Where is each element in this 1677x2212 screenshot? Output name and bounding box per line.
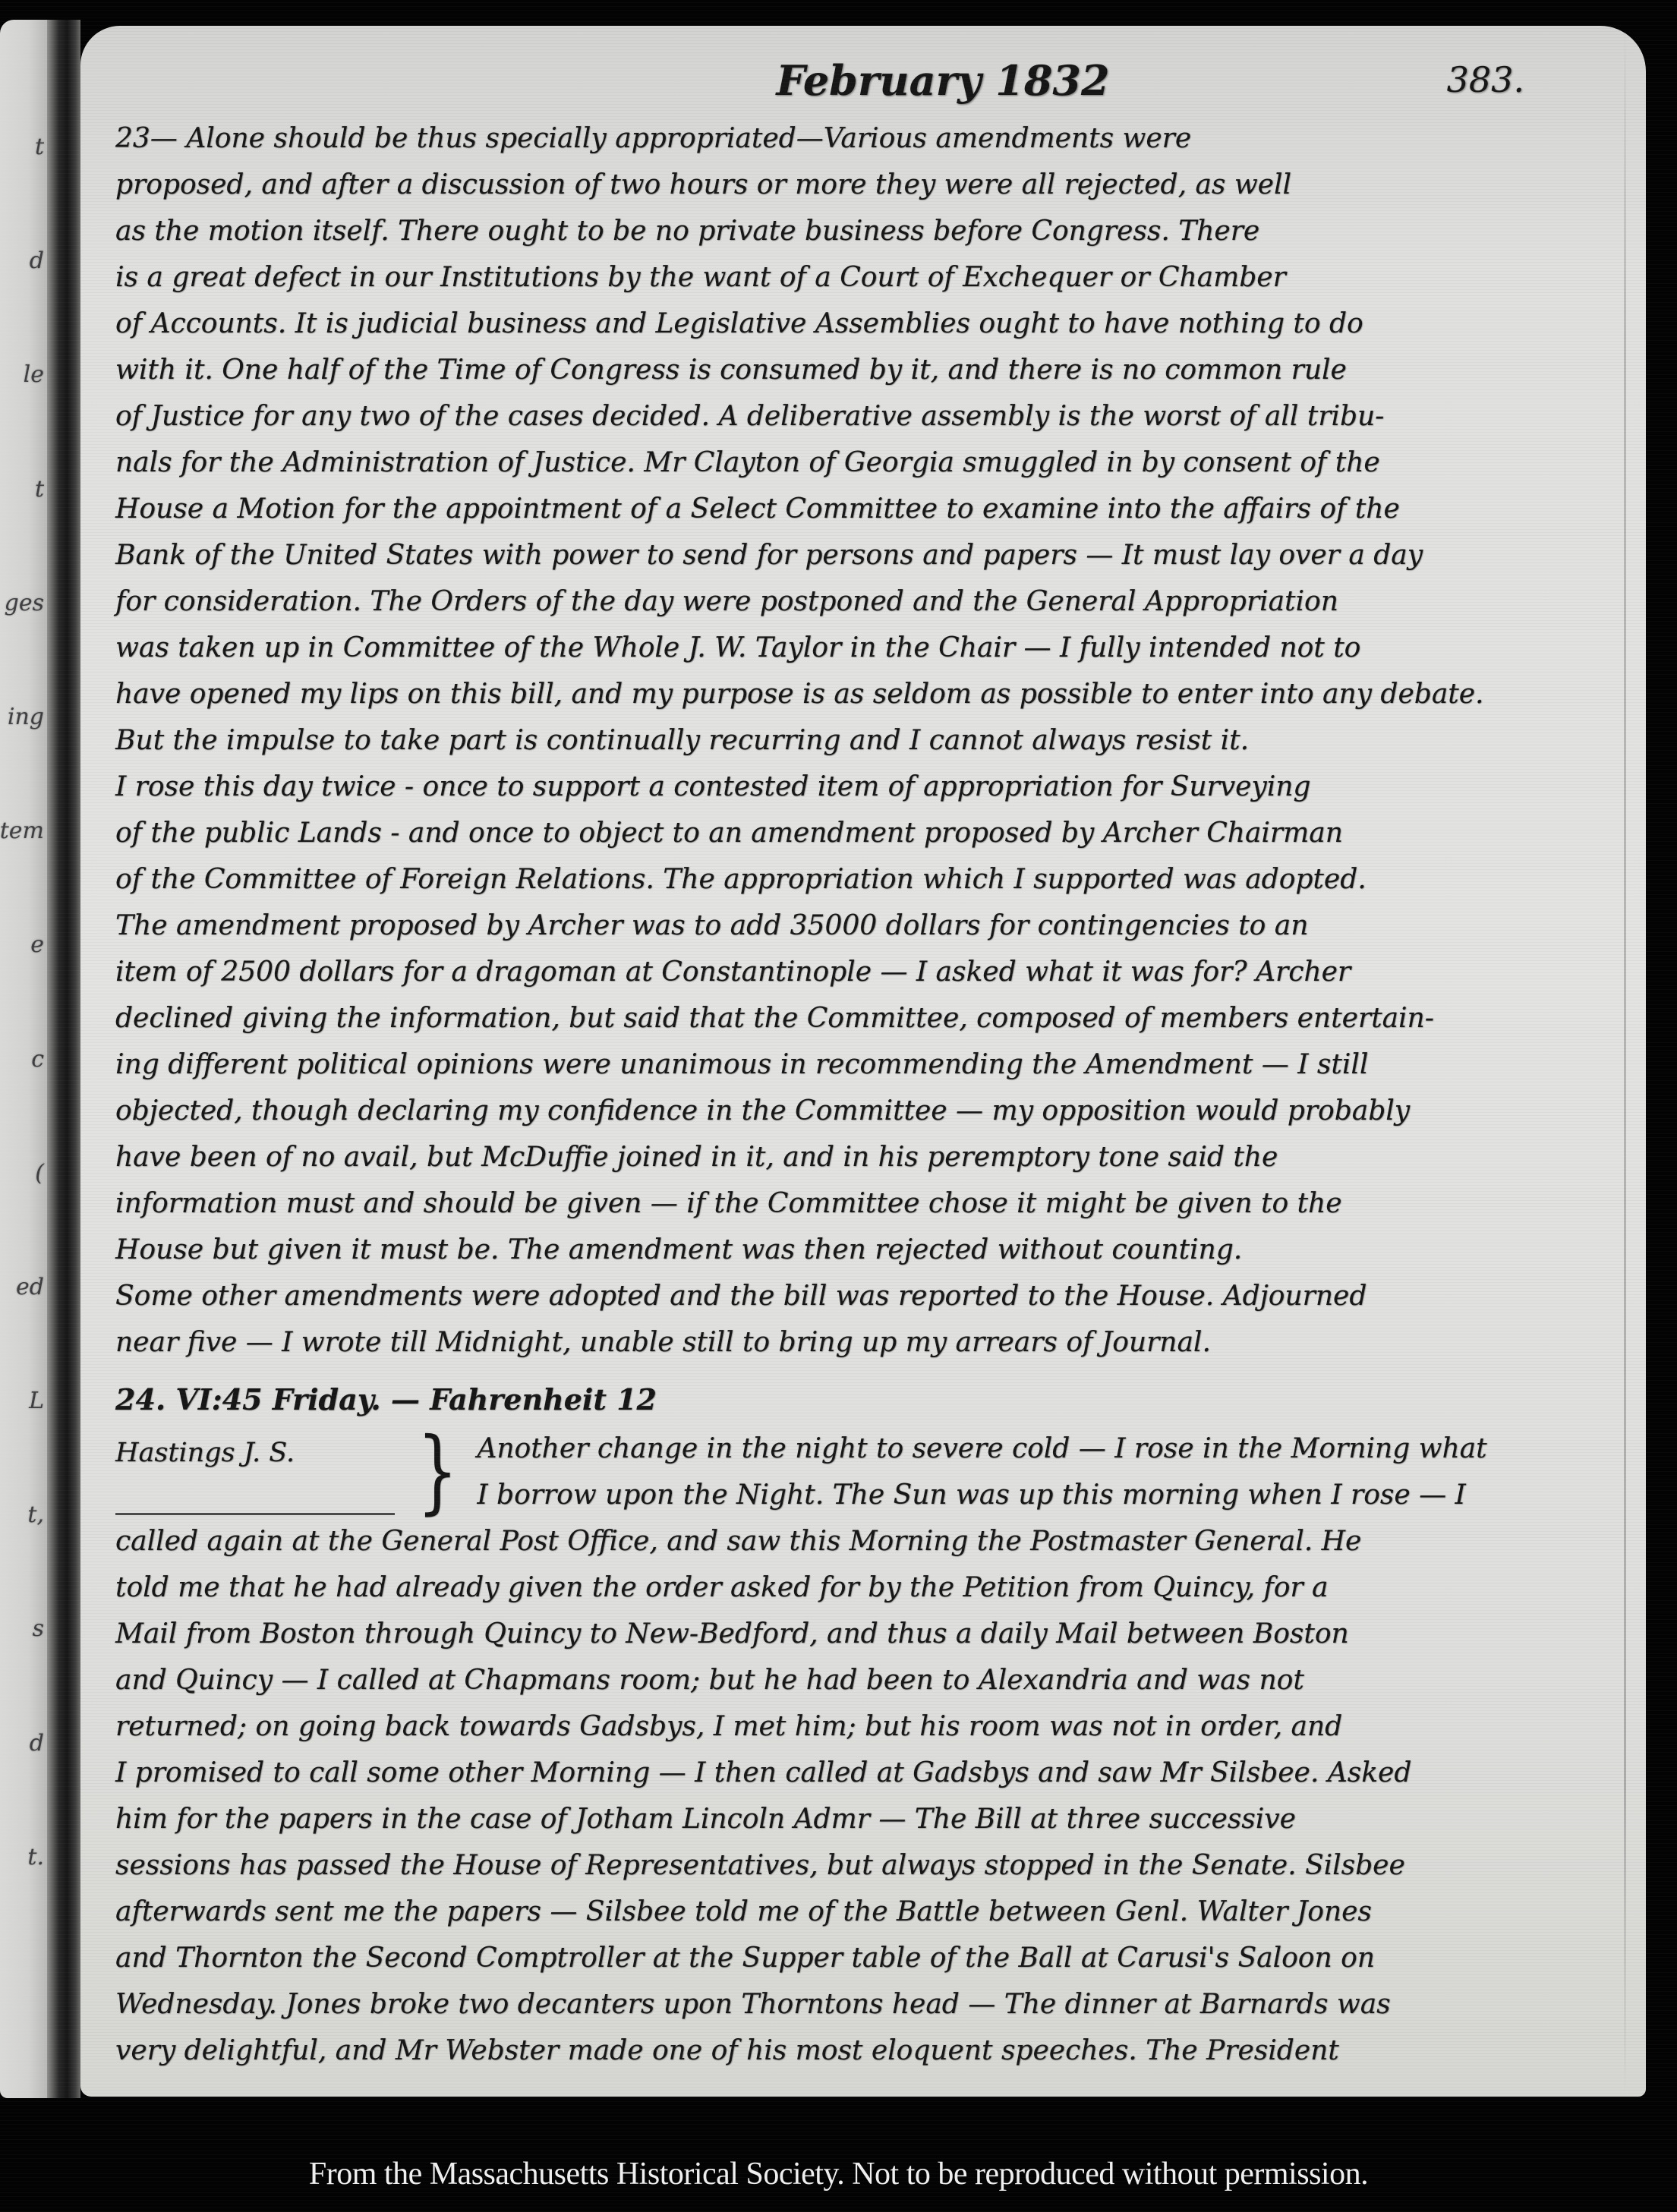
facing-page-text-fragment: d <box>30 247 44 274</box>
facing-page-text-fragment: t <box>35 476 44 503</box>
entry-24-heading: 24. VI:45 Friday. — Fahrenheit 12 <box>115 1366 1616 1426</box>
manuscript-line: sessions has passed the House of Represe… <box>115 1842 1616 1889</box>
facing-page-fragments: tdletgesingtemec(edLt,sdt. <box>0 134 44 1870</box>
facing-page-text-fragment: L <box>29 1388 44 1414</box>
entry-24-lines: called again at the General Post Office,… <box>115 1518 1616 2074</box>
manuscript-line: of the Committee of Foreign Relations. T… <box>115 856 1616 903</box>
manuscript-line: Wednesday. Jones broke two decanters upo… <box>115 1981 1616 2028</box>
manuscript-line: called again at the General Post Office,… <box>115 1518 1616 1564</box>
manuscript-line: Mail from Boston through Quincy to New-B… <box>115 1611 1616 1657</box>
facing-page-text-fragment: d <box>30 1730 44 1757</box>
manuscript-line: and Thornton the Second Comptroller at t… <box>115 1935 1616 1981</box>
manuscript-line: him for the papers in the case of Jotham… <box>115 1796 1616 1842</box>
brace-glyph: } <box>417 1426 457 1518</box>
manuscript-line: have opened my lips on this bill, and my… <box>115 671 1616 717</box>
facing-page-sliver: tdletgesingtemec(edLt,sdt. <box>0 20 47 2098</box>
manuscript-line: I rose this day twice - once to support … <box>115 764 1616 810</box>
manuscript-line: The amendment proposed by Archer was to … <box>115 903 1616 949</box>
manuscript-line: have been of no avail, but McDuffie join… <box>115 1134 1616 1180</box>
facing-page-text-fragment: ing <box>8 704 44 730</box>
manuscript-line: Another change in the night to severe co… <box>477 1426 1486 1472</box>
manuscript-line: Bank of the United States with power to … <box>115 532 1616 578</box>
manuscript-line: of the public Lands - and once to object… <box>115 810 1616 856</box>
facing-page-text-fragment: tem <box>0 818 44 844</box>
manuscript-line: very delightful, and Mr Webster made one… <box>115 2028 1616 2074</box>
facing-page-text-fragment: ed <box>16 1274 44 1300</box>
facing-page-text-fragment: e <box>30 931 44 958</box>
manuscript-line: I borrow upon the Night. The Sun was up … <box>477 1472 1486 1518</box>
manuscript-line: I promised to call some other Morning — … <box>115 1750 1616 1796</box>
facing-page-text-fragment: s <box>33 1615 44 1642</box>
facing-page-text-fragment: ges <box>5 590 44 616</box>
manuscript-line: returned; on going back towards Gadsbys,… <box>115 1703 1616 1750</box>
margin-note-column: Hastings J. S. <box>115 1426 408 1515</box>
manuscript-line: of Accounts. It is judicial business and… <box>115 301 1616 347</box>
manuscript-line: 23— Alone should be thus specially appro… <box>115 115 1616 162</box>
manuscript-scan: tdletgesingtemec(edLt,sdt. February 1832… <box>0 0 1677 2212</box>
facing-page-text-fragment: le <box>24 361 44 388</box>
manuscript-line: proposed, and after a discussion of two … <box>115 162 1616 208</box>
manuscript-line: House a Motion for the appointment of a … <box>115 486 1616 532</box>
facing-page-text-fragment: t, <box>27 1501 44 1528</box>
manuscript-line: House but given it must be. The amendmen… <box>115 1227 1616 1273</box>
manuscript-line: near five — I wrote till Midnight, unabl… <box>115 1319 1616 1366</box>
manuscript-line: nals for the Administration of Justice. … <box>115 440 1616 486</box>
entry-24-opening: Hastings J. S. } Another change in the n… <box>115 1426 1616 1518</box>
facing-page-text-fragment: ( <box>35 1160 44 1186</box>
manuscript-line: and Quincy — I called at Chapmans room; … <box>115 1657 1616 1703</box>
manuscript-line: was taken up in Committee of the Whole J… <box>115 625 1616 671</box>
binding-gutter <box>47 20 80 2098</box>
entry-24-braced-lines: Another change in the night to severe co… <box>466 1426 1486 1518</box>
entry-23-lines: 23— Alone should be thus specially appro… <box>115 115 1616 1366</box>
manuscript-line: declined giving the information, but sai… <box>115 995 1616 1041</box>
manuscript-line: with it. One half of the Time of Congres… <box>115 347 1616 393</box>
manuscript-line: objected, though declaring my confidence… <box>115 1088 1616 1134</box>
facing-page-text-fragment: c <box>31 1046 44 1073</box>
manuscript-line: Some other amendments were adopted and t… <box>115 1273 1616 1319</box>
archive-caption: From the Massachusetts Historical Societ… <box>0 2156 1677 2192</box>
manuscript-line: But the impulse to take part is continua… <box>115 717 1616 764</box>
manuscript-line: as the motion itself. There ought to be … <box>115 208 1616 254</box>
manuscript-line: ing different political opinions were un… <box>115 1041 1616 1088</box>
manuscript-line: is a great defect in our Institutions by… <box>115 254 1616 301</box>
manuscript-line: afterwards sent me the papers — Silsbee … <box>115 1889 1616 1935</box>
manuscript-line: told me that he had already given the or… <box>115 1564 1616 1611</box>
manuscript-line: information must and should be given — i… <box>115 1180 1616 1227</box>
manuscript-line: item of 2500 dollars for a dragoman at C… <box>115 949 1616 995</box>
manuscript-line: of Justice for any two of the cases deci… <box>115 393 1616 440</box>
facing-page-text-fragment: t <box>35 134 44 160</box>
manuscript-line: for consideration. The Orders of the day… <box>115 578 1616 625</box>
manuscript-page: February 1832 383. 23— Alone should be t… <box>80 26 1646 2097</box>
manuscript-body: 23— Alone should be thus specially appro… <box>115 115 1616 2074</box>
facing-page-text-fragment: t. <box>27 1844 44 1870</box>
page-number: 383. <box>1447 59 1524 100</box>
page-fold-line <box>1624 26 1626 2097</box>
margin-note-underline <box>115 1513 395 1515</box>
margin-note: Hastings J. S. <box>115 1430 408 1476</box>
